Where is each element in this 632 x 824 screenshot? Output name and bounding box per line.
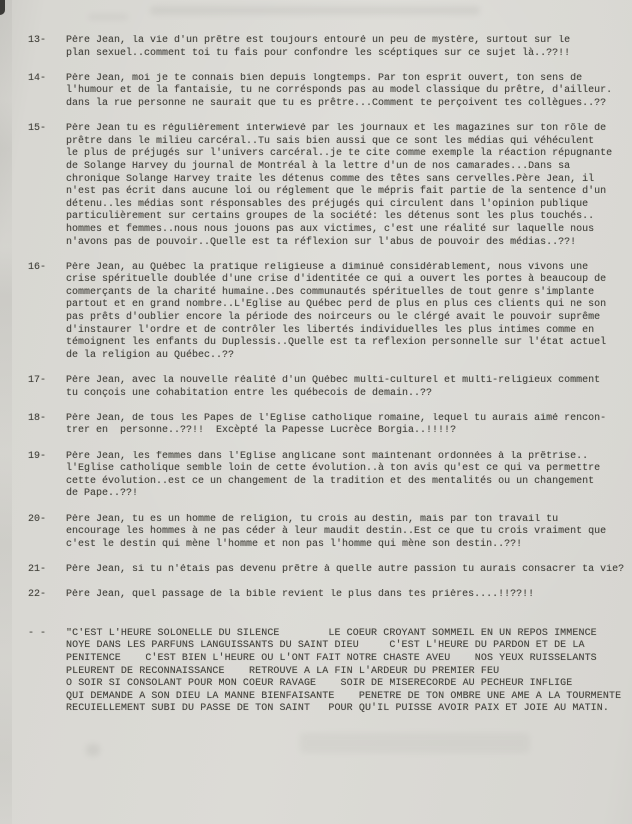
question-item-14: 14- Père Jean, moi je te connais bien de… xyxy=(28,73,632,111)
scan-smudge-top xyxy=(150,6,480,15)
verse-marker: - - xyxy=(28,628,66,716)
typewritten-content: 13- Père Jean, la vie d'un prêtre est to… xyxy=(28,35,632,716)
question-number: 13- xyxy=(28,35,66,60)
question-number: 17- xyxy=(28,375,66,400)
question-item-21: 21- Père Jean, si tu n'étais pas devenu … xyxy=(28,564,632,577)
verse-text: "C'EST L'HEURE SOLONELLE DU SILENCE LE C… xyxy=(66,628,632,716)
question-item-20: 20- Père Jean, tu es un homme de religio… xyxy=(28,514,632,552)
question-item-13: 13- Père Jean, la vie d'un prêtre est to… xyxy=(28,35,632,60)
question-number: 18- xyxy=(28,413,66,438)
question-number: 16- xyxy=(28,262,66,363)
question-text: Père Jean, de tous les Papes de l'Eglise… xyxy=(66,413,632,438)
question-item-15: 15- Père Jean tu es régulièrement interw… xyxy=(28,123,632,249)
question-item-18: 18- Père Jean, de tous les Papes de l'Eg… xyxy=(28,413,632,438)
question-number: 21- xyxy=(28,564,66,577)
question-text: Père Jean, la vie d'un prêtre est toujou… xyxy=(66,35,632,60)
question-text: Père Jean, au Québec la pratique religie… xyxy=(66,262,632,363)
question-text: Père Jean, avec la nouvelle réalité d'un… xyxy=(66,375,632,400)
question-item-22: 22- Père Jean, quel passage de la bible … xyxy=(28,589,632,602)
question-item-17: 17- Père Jean, avec la nouvelle réalité … xyxy=(28,375,632,400)
question-item-19: 19- Père Jean, les femmes dans l'Eglise … xyxy=(28,451,632,501)
question-text: Père Jean, si tu n'étais pas devenu prêt… xyxy=(66,564,632,577)
question-text: Père Jean, moi je te connais bien depuis… xyxy=(66,73,632,111)
question-text: Père Jean tu es régulièrement interwievé… xyxy=(66,123,632,249)
question-number: 20- xyxy=(28,514,66,552)
scan-edge-shading xyxy=(0,0,12,824)
closing-verse: - - "C'EST L'HEURE SOLONELLE DU SILENCE … xyxy=(28,628,632,716)
document-page: 13- Père Jean, la vie d'un prêtre est to… xyxy=(0,0,632,824)
scan-smudge-bottom xyxy=(300,733,530,753)
scan-smudge-bottom-2 xyxy=(86,744,100,756)
question-number: 14- xyxy=(28,73,66,111)
question-number: 15- xyxy=(28,123,66,249)
question-number: 22- xyxy=(28,589,66,602)
question-item-16: 16- Père Jean, au Québec la pratique rel… xyxy=(28,262,632,363)
question-number: 19- xyxy=(28,451,66,501)
question-text: Père Jean, quel passage de la bible revi… xyxy=(66,589,632,602)
question-text: Père Jean, les femmes dans l'Eglise angl… xyxy=(66,451,632,501)
question-text: Père Jean, tu es un homme de religion, t… xyxy=(66,514,632,552)
scan-smudge-top-2 xyxy=(88,14,128,20)
